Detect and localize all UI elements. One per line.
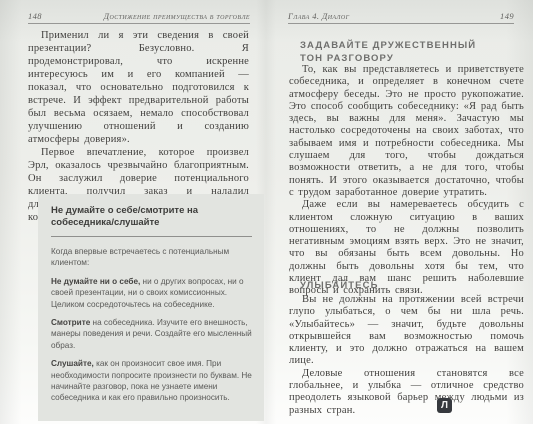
left-running-title: Достижение преимущества в торговле bbox=[104, 11, 250, 21]
callout-item: Смотрите на собеседника. Изучите его вне… bbox=[51, 317, 252, 351]
left-page: 148 Достижение преимущества в торговле П… bbox=[0, 0, 266, 424]
callout-item: Не думайте ни о себе, ни о других вопрос… bbox=[51, 276, 252, 310]
paragraph: То, как вы представляетесь и приветствуе… bbox=[289, 64, 524, 199]
callout-item-lead: Слушайте, bbox=[51, 359, 94, 368]
left-header-rule bbox=[28, 23, 250, 24]
callout-intro: Когда впервые встречаетесь с потенциальн… bbox=[51, 246, 252, 269]
section-heading-friendly-tone: ЗАДАВАЙТЕ ДРУЖЕСТВЕННЫЙ ТОН РАЗГОВОРУ bbox=[300, 39, 495, 65]
paragraph: Вы не должны на протяжении всей встречи … bbox=[289, 294, 524, 368]
right-body-text-2: Вы не должны на протяжении всей встречи … bbox=[289, 294, 524, 417]
section-heading-smile: УЛЫБАЙТЕСЬ bbox=[300, 279, 495, 292]
paragraph: Применил ли я эти сведения в своей презе… bbox=[28, 29, 249, 146]
right-page: Глава 4. Диалог 149 ЗАДАВАЙТЕ ДРУЖЕСТВЕН… bbox=[267, 0, 533, 424]
right-page-header: Глава 4. Диалог 149 bbox=[288, 11, 514, 21]
right-page-number: 149 bbox=[500, 11, 514, 21]
right-running-title: Глава 4. Диалог bbox=[288, 11, 349, 21]
callout-item: Слушайте, как он произносит свое имя. Пр… bbox=[51, 358, 252, 404]
callout-item-lead: Смотрите bbox=[51, 318, 90, 327]
callout-item-lead: Не думайте ни о себе, bbox=[51, 277, 140, 286]
right-body-text-1: То, как вы представляетесь и приветствуе… bbox=[289, 64, 524, 298]
left-page-number: 148 bbox=[28, 11, 42, 21]
right-header-rule bbox=[288, 23, 514, 24]
book-spread-scan: 148 Достижение преимущества в торговле П… bbox=[0, 0, 533, 424]
labyrinth-logo-icon: Л bbox=[437, 398, 452, 413]
callout-divider bbox=[51, 236, 252, 237]
left-page-header: 148 Достижение преимущества в торговле bbox=[28, 11, 250, 21]
paragraph: Деловые отношения становятся все глобаль… bbox=[289, 368, 524, 417]
callout-title: Не думайте о себе/смотрите на собеседник… bbox=[51, 205, 252, 229]
callout-box: Не думайте о себе/смотрите на собеседник… bbox=[38, 194, 264, 421]
